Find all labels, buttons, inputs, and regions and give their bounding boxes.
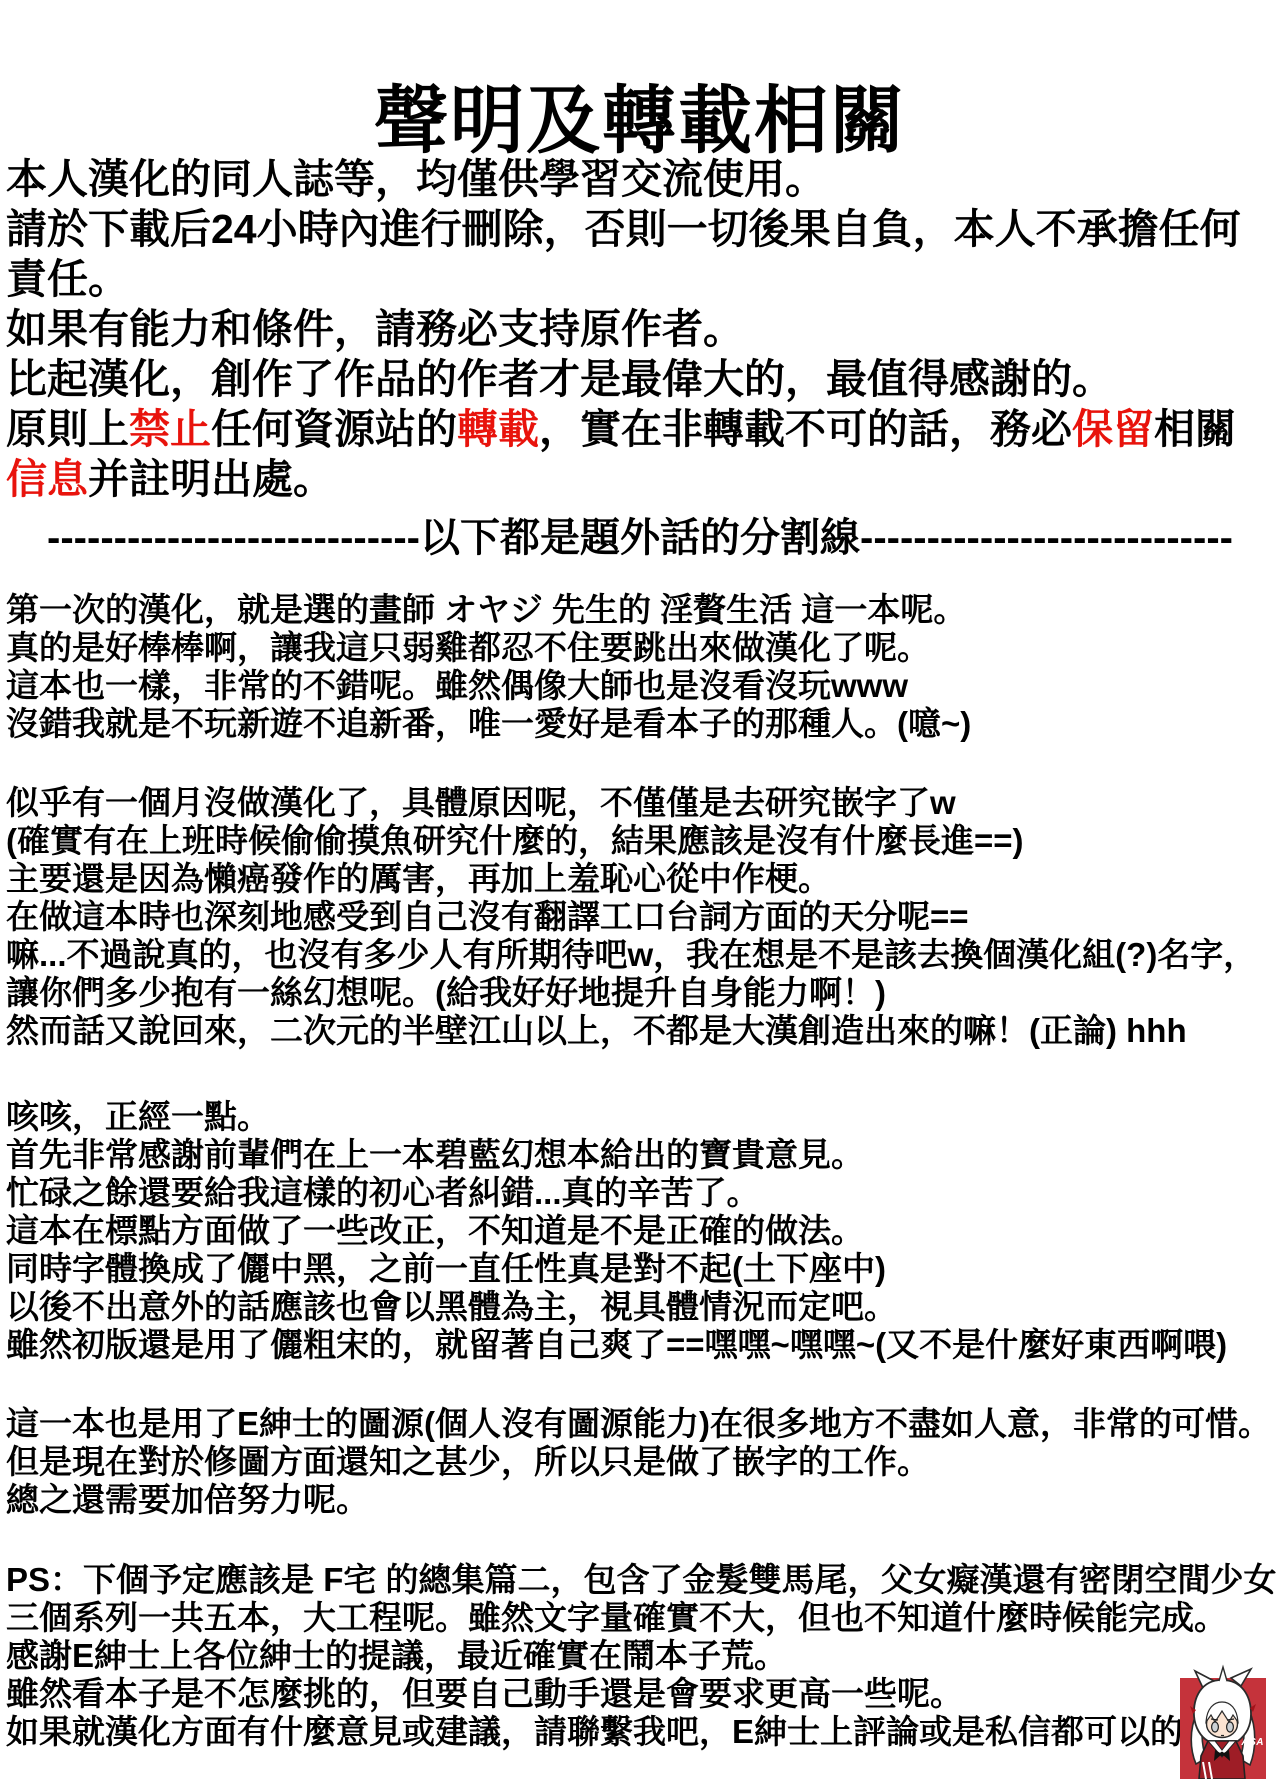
text-line: 然而話又說回來，二次元的半壁江山以上，不都是大漢創造出來的嘛！(正論) hhh [6, 1012, 1280, 1050]
text-line: 咳咳，正經一點。 [6, 1098, 1280, 1136]
mascot-girl-illustration: ASA [1172, 1664, 1272, 1779]
paragraph-first-translation: 第一次的漢化，就是選的畫師 オヤジ 先生的 淫贅生活 這一本呢。真的是好棒棒啊，… [6, 591, 1280, 743]
page-title: 聲明及轉載相關 [0, 80, 1280, 162]
text-line: 真的是好棒棒啊，讓我這只弱雞都忍不住要跳出來做漢化了呢。 [6, 629, 1280, 667]
text-line: PS：下個予定應該是 F宅 的總集篇二，包含了金髮雙馬尾，父女癡漢還有密閉空間少… [6, 1561, 1280, 1599]
text-line: 如果就漢化方面有什麼意見或建議，請聯繫我吧，E紳士上評論或是私信都可以的。 [6, 1713, 1280, 1751]
text-line: 沒錯我就是不玩新遊不追新番，唯一愛好是看本子的那種人。(噫~) [6, 705, 1280, 743]
text-line: 三個系列一共五本，大工程呢。雖然文字量確實不大，但也不知道什麼時候能完成。 [6, 1599, 1280, 1637]
highlighted-red-text: 保留 [1072, 406, 1154, 452]
paragraph-ps-next-plans: PS：下個予定應該是 F宅 的總集篇二，包含了金髮雙馬尾，父女癡漢還有密閉空間少… [6, 1561, 1280, 1751]
text-line: 忙碌之餘還要給我這樣的初心者糾錯...真的辛苦了。 [6, 1174, 1280, 1212]
disclaimer-section: 本人漢化的同人誌等，均僅供學習交流使用。請於下載后24小時內進行刪除，否則一切後… [6, 154, 1280, 504]
text-line: 在做這本時也深刻地感受到自己沒有翻譯工口台詞方面的天分呢== [6, 898, 1280, 936]
text-line: 本人漢化的同人誌等，均僅供學習交流使用。 [6, 154, 1280, 204]
text-line: 比起漢化，創作了作品的作者才是最偉大的，最值得感謝的。 [6, 354, 1280, 404]
text-line: 雖然初版還是用了儷粗宋的，就留著自己爽了==嘿嘿~嘿嘿~(又不是什麼好東西啊喂) [6, 1326, 1280, 1364]
text-line: 這一本也是用了E紳士的圖源(個人沒有圖源能力)在很多地方不盡如人意，非常的可惜。 [6, 1405, 1280, 1443]
text-segment: 請於下載后24小時內進行刪除，否則一切後果自負，本人不承擔任何 [6, 206, 1241, 252]
text-segment: 比起漢化，創作了作品的作者才是最偉大的，最值得感謝的。 [6, 356, 1113, 402]
text-line: 第一次的漢化，就是選的畫師 オヤジ 先生的 淫贅生活 這一本呢。 [6, 591, 1280, 629]
asa-signature: ASA [1240, 1737, 1264, 1748]
text-segment: 本人漢化的同人誌等，均僅供學習交流使用。 [6, 156, 826, 202]
text-line: 感謝E紳士上各位紳士的提議，最近確實在鬧本子荒。 [6, 1637, 1280, 1675]
text-segment: ，實在非轉載不可的話，務必 [539, 406, 1072, 452]
text-line: 雖然看本子是不怎麼挑的，但要自己動手還是會要求更高一些呢。 [6, 1675, 1280, 1713]
text-line: 原則上禁止任何資源站的轉載，實在非轉載不可的話，務必保留相關 [6, 404, 1280, 454]
section-divider: ----------------------------以下都是題外話的分割線-… [0, 514, 1280, 562]
mascot-image: ASA [1172, 1664, 1272, 1779]
text-line: 這本在標點方面做了一些改正，不知道是不是正確的做法。 [6, 1212, 1280, 1250]
text-line: 同時字體換成了儷中黑，之前一直任性真是對不起(土下座中) [6, 1250, 1280, 1288]
highlighted-red-text: 信息 [6, 456, 88, 502]
text-line: 以後不出意外的話應該也會以黑體為主，視具體情況而定吧。 [6, 1288, 1280, 1326]
text-line: 如果有能力和條件，請務必支持原作者。 [6, 304, 1280, 354]
eye [1212, 1722, 1219, 1732]
text-line: 責任。 [6, 254, 1280, 304]
text-line: 信息并註明出處。 [6, 454, 1280, 504]
highlighted-red-text: 轉載 [457, 406, 539, 452]
text-line: 這本也一樣，非常的不錯呢。雖然偶像大師也是沒看沒玩www [6, 667, 1280, 705]
text-segment: 如果有能力和條件，請務必支持原作者。 [6, 306, 744, 352]
text-line: 首先非常感謝前輩們在上一本碧藍幻想本給出的寶貴意見。 [6, 1136, 1280, 1174]
text-segment: 并註明出處。 [88, 456, 334, 502]
text-line: 似乎有一個月沒做漢化了，具體原因呢，不僅僅是去研究嵌字了w [6, 784, 1280, 822]
eye [1227, 1722, 1234, 1732]
paragraph-image-source: 這一本也是用了E紳士的圖源(個人沒有圖源能力)在很多地方不盡如人意，非常的可惜。… [6, 1405, 1280, 1519]
text-line: 讓你們多少抱有一絲幻想呢。(給我好好地提升自身能力啊！) [6, 974, 1280, 1012]
paragraph-hiatus-reasons: 似乎有一個月沒做漢化了，具體原因呢，不僅僅是去研究嵌字了w(確實有在上班時候偷偷… [6, 784, 1280, 1050]
text-line: 請於下載后24小時內進行刪除，否則一切後果自負，本人不承擔任何 [6, 204, 1280, 254]
text-segment: 相關 [1154, 406, 1236, 452]
text-segment: 原則上 [6, 406, 129, 452]
text-line: 主要還是因為懶癌發作的厲害，再加上羞恥心從中作梗。 [6, 860, 1280, 898]
text-line: 總之還需要加倍努力呢。 [6, 1481, 1280, 1519]
text-line: 嘛...不過說真的，也沒有多少人有所期待吧w，我在想是不是該去換個漢化組(?)名… [6, 936, 1280, 974]
highlighted-red-text: 禁止 [129, 406, 211, 452]
paragraph-thanks-and-fonts: 咳咳，正經一點。首先非常感謝前輩們在上一本碧藍幻想本給出的寶貴意見。忙碌之餘還要… [6, 1098, 1280, 1364]
text-line: 但是現在對於修圖方面還知之甚少，所以只是做了嵌字的工作。 [6, 1443, 1280, 1481]
text-segment: 任何資源站的 [211, 406, 457, 452]
statement-page: 聲明及轉載相關 本人漢化的同人誌等，均僅供學習交流使用。請於下載后24小時內進行… [0, 0, 1280, 1779]
text-segment: 責任。 [6, 256, 129, 302]
text-line: (確實有在上班時候偷偷摸魚研究什麼的，結果應該是沒有什麼長進==) [6, 822, 1280, 860]
